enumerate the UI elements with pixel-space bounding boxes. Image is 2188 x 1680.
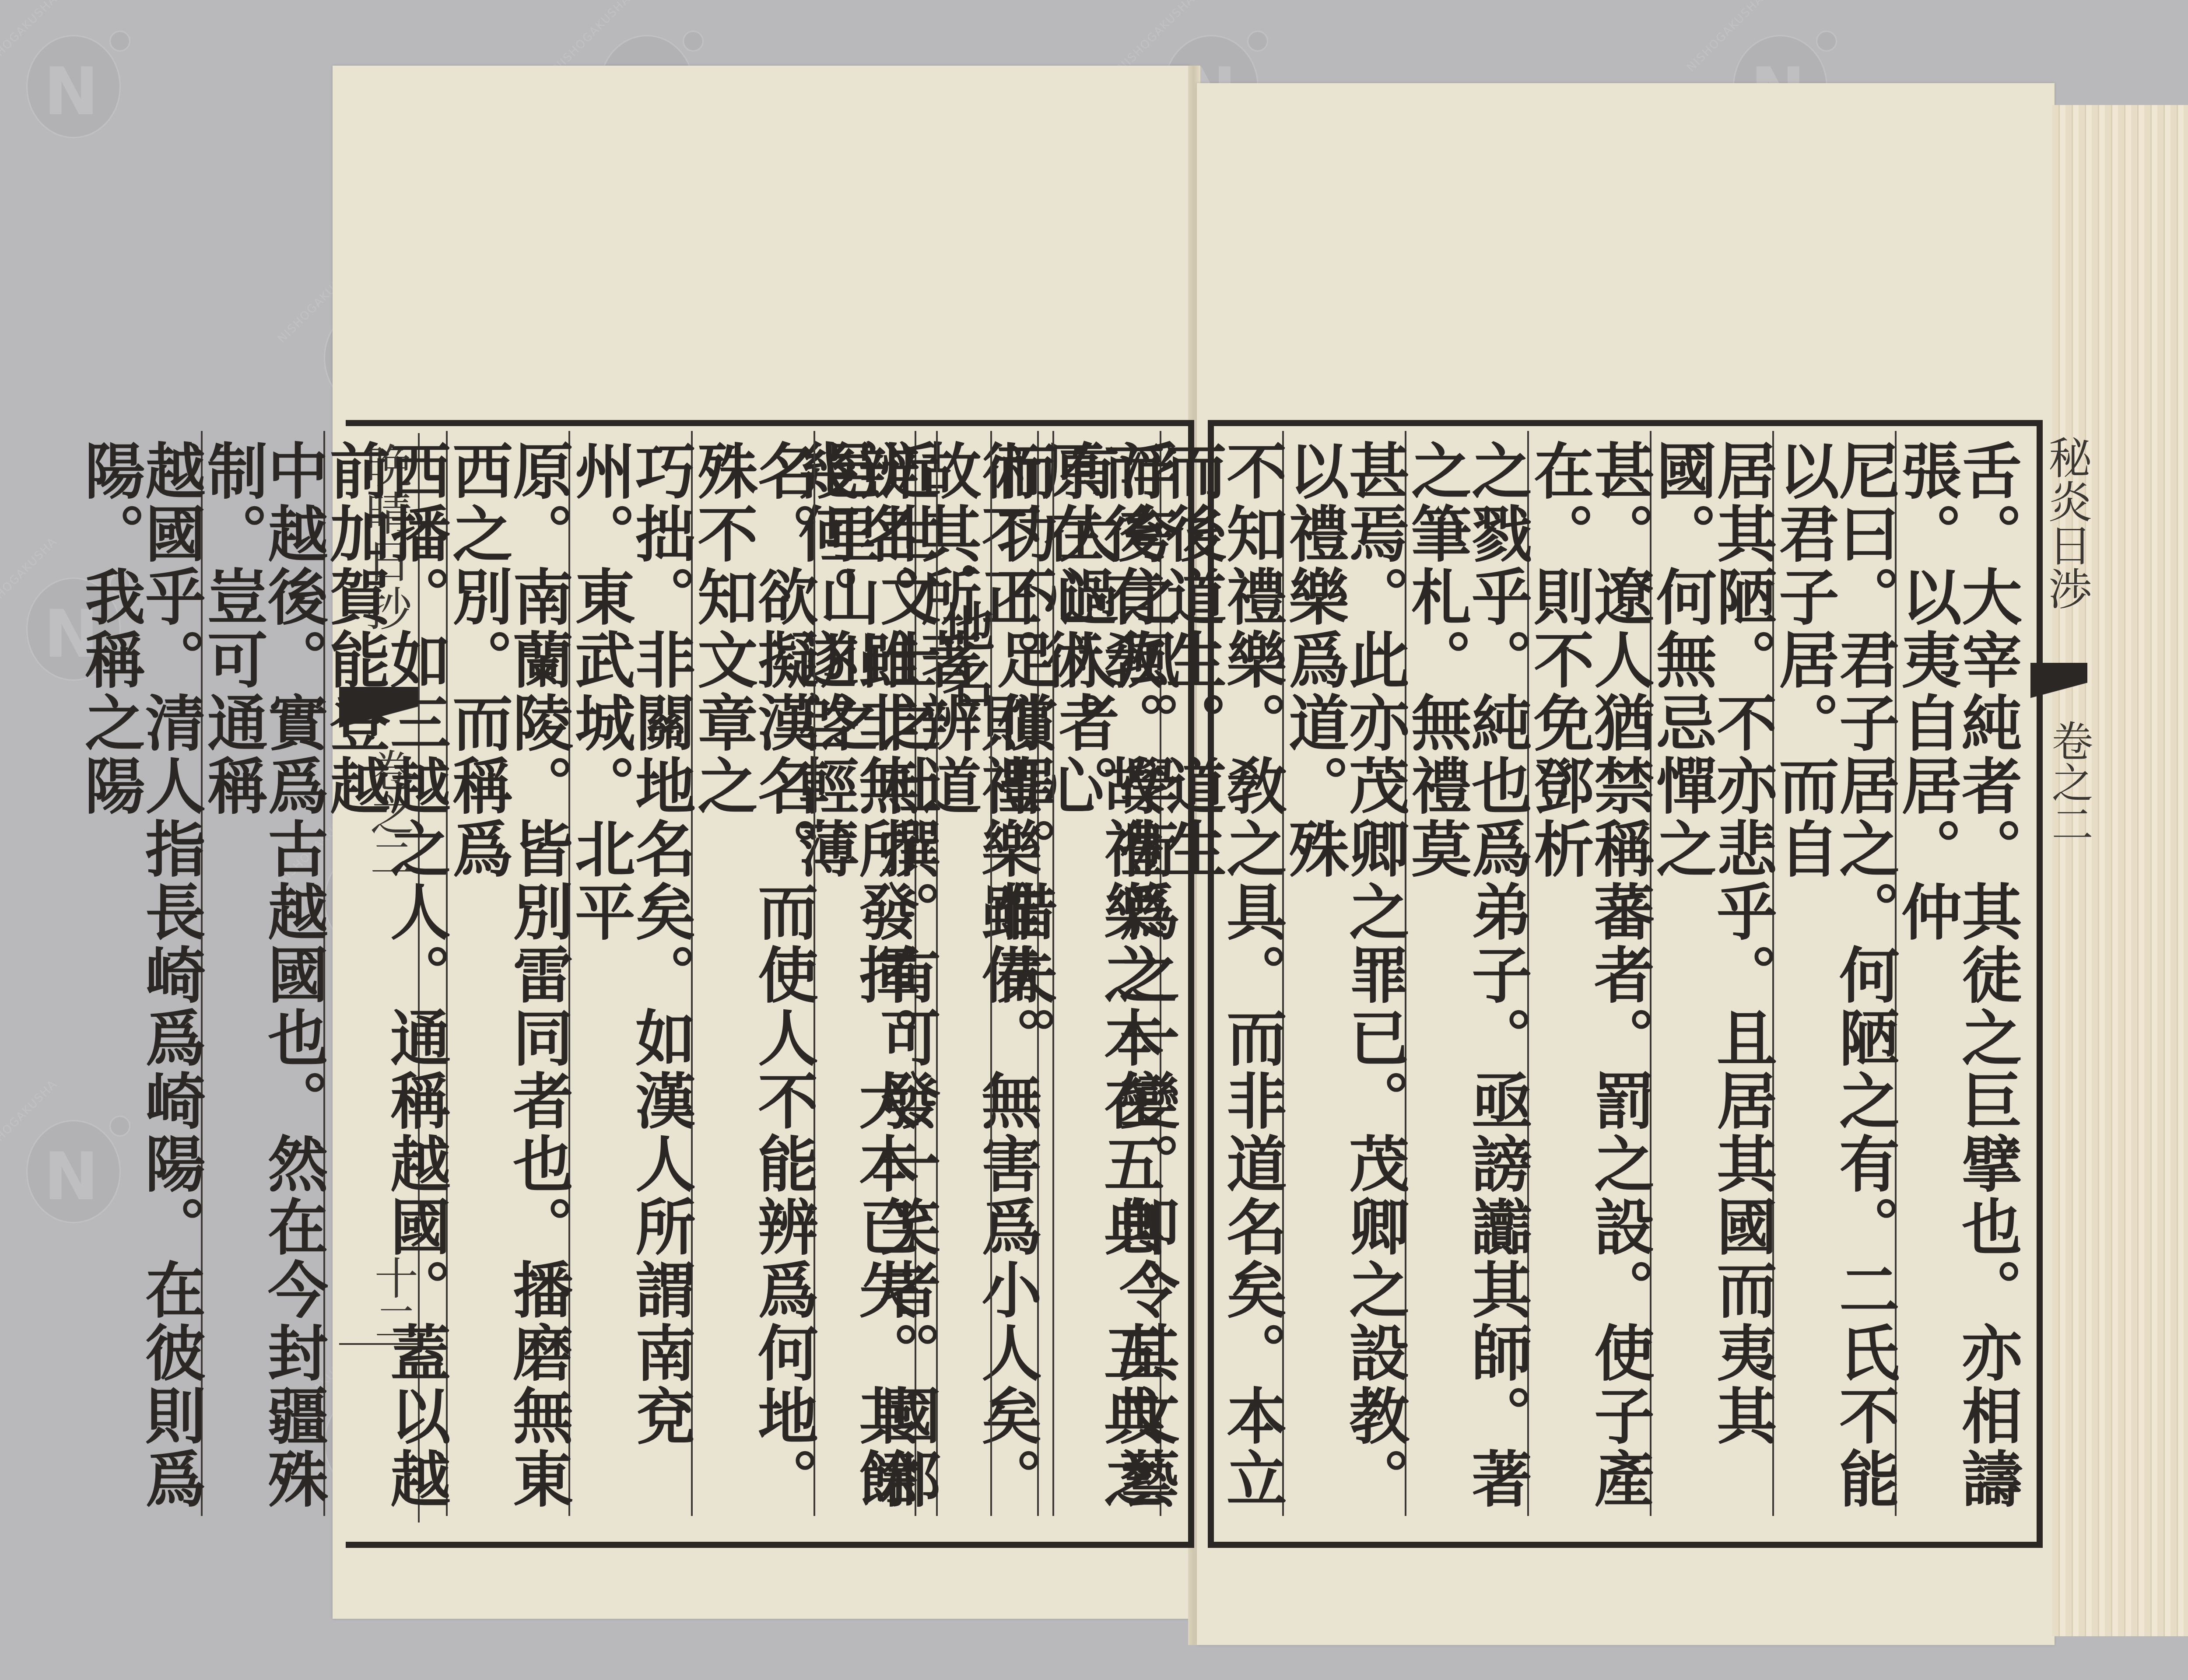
section-heading: ・地名 bbox=[938, 545, 990, 710]
text-column: 甚焉。此亦茂卿之罪已。茂卿之設教。以禮樂爲道。殊 bbox=[1282, 431, 1405, 1516]
column-text: 中越後。實爲古越國也。然在今封疆殊制。豈可通稱 bbox=[203, 440, 323, 1516]
text-column: 近世文士之杜撰。有可發一笑者。國郡邑里山川之 bbox=[813, 431, 936, 1516]
text-column: 越國乎。清人指長崎爲崎陽。在彼則爲陽。我稱之陽 bbox=[80, 431, 201, 1516]
column-text: 巧拙。非關地名矣。如漢人所謂南兗州。東武城。北平 bbox=[570, 440, 691, 1516]
text-column: 之戮乎。純也爲弟子。亟謗讟其師。著之筆札。無禮莫 bbox=[1405, 431, 1527, 1516]
column-text: 近世文士之杜撰。有可發一笑者。國郡邑里山川之 bbox=[815, 440, 936, 1516]
column-text: 而功不足償罪。惜夫。 bbox=[992, 440, 1052, 1070]
column-text: 原。南蘭陵。皆別雷同者也。播磨無東西之別。而稱爲 bbox=[448, 440, 568, 1516]
watermark-logo-icon: NNISHOGAKUSHA bbox=[9, 9, 140, 140]
column-text: 浮夸之風。學術爲之一變。卽令其文藝有大過人者。 bbox=[1054, 440, 1175, 1516]
column-text: 甚焉。此亦茂卿之罪已。茂卿之設教。以禮樂爲道。殊 bbox=[1284, 440, 1405, 1516]
right-page-hanshin: 秘炎日渉 卷之二 bbox=[2030, 427, 2083, 1520]
text-column: 甚。遼人猶禁稱蕃者。罰之設。使子產在。則不免鄧析 bbox=[1527, 431, 1650, 1516]
text-column: 居其陋。不亦悲乎。且居其國而夷其國。何無忌憚之 bbox=[1650, 431, 1772, 1516]
text-column: 舌。大宰純者。其徒之巨擘也。亦相譸張。以夷自居。仲 bbox=[1895, 431, 2017, 1516]
text-column: 而功不足償罪。惜夫。 bbox=[990, 431, 1052, 1516]
text-column: 尼曰。君子居之。何陋之有。二氏不能以君子居。而自 bbox=[1772, 431, 1895, 1516]
column-text: 西播。如三越之人。通稱越國。蓋以越前加賀能登越 bbox=[325, 440, 446, 1516]
column-text: 尼曰。君子居之。何陋之有。二氏不能以君子居。而自 bbox=[1774, 440, 1895, 1516]
text-column: 名。欲擬漢名。而使人不能辨爲何地。殊不知文章之 bbox=[691, 431, 813, 1516]
right-page-text-columns: 舌。大宰純者。其徒之巨擘也。亦相譸張。以夷自居。仲 尼曰。君子居之。何陋之有。二… bbox=[1225, 431, 2017, 1516]
column-text: 甚。遼人猶禁稱蕃者。罰之設。使子產在。則不免鄧析 bbox=[1529, 440, 1650, 1516]
right-margin-title: 秘炎日渉 bbox=[2035, 435, 2098, 610]
left-page-text-columns: 浮夸之風。學術爲之一變。卽令其文藝有大過人者。 而功不足償罪。惜夫。 ・地名 近… bbox=[438, 431, 1175, 1516]
fish-tail-ornament bbox=[2030, 663, 2087, 711]
right-volume-label: 卷之二 bbox=[2039, 720, 2099, 844]
column-text: 越國乎。清人指長崎爲崎陽。在彼則爲陽。我稱之陽 bbox=[80, 440, 201, 1516]
text-column: 西播。如三越之人。通稱越國。蓋以越前加賀能登越 bbox=[323, 431, 446, 1516]
text-column: 浮夸之風。學術爲之一變。卽令其文藝有大過人者。 bbox=[1052, 431, 1175, 1516]
text-column: 原。南蘭陵。皆別雷同者也。播磨無東西之別。而稱爲 bbox=[446, 431, 568, 1516]
column-text: 名。欲擬漢名。而使人不能辨爲何地。殊不知文章之 bbox=[693, 440, 813, 1516]
column-text: 舌。大宰純者。其徒之巨擘也。亦相譸張。以夷自居。仲 bbox=[1897, 440, 2017, 1516]
text-column: 巧拙。非關地名矣。如漢人所謂南兗州。東武城。北平 bbox=[568, 431, 691, 1516]
column-text: 之戮乎。純也爲弟子。亟謗讟其師。著之筆札。無禮莫 bbox=[1406, 440, 1527, 1516]
text-column: 中越後。實爲古越國也。然在今封疆殊制。豈可通稱 bbox=[201, 431, 323, 1516]
column-text: 居其陋。不亦悲乎。且居其國而夷其國。何無忌憚之 bbox=[1652, 440, 1772, 1516]
section-heading-column: ・地名 bbox=[936, 431, 990, 1516]
